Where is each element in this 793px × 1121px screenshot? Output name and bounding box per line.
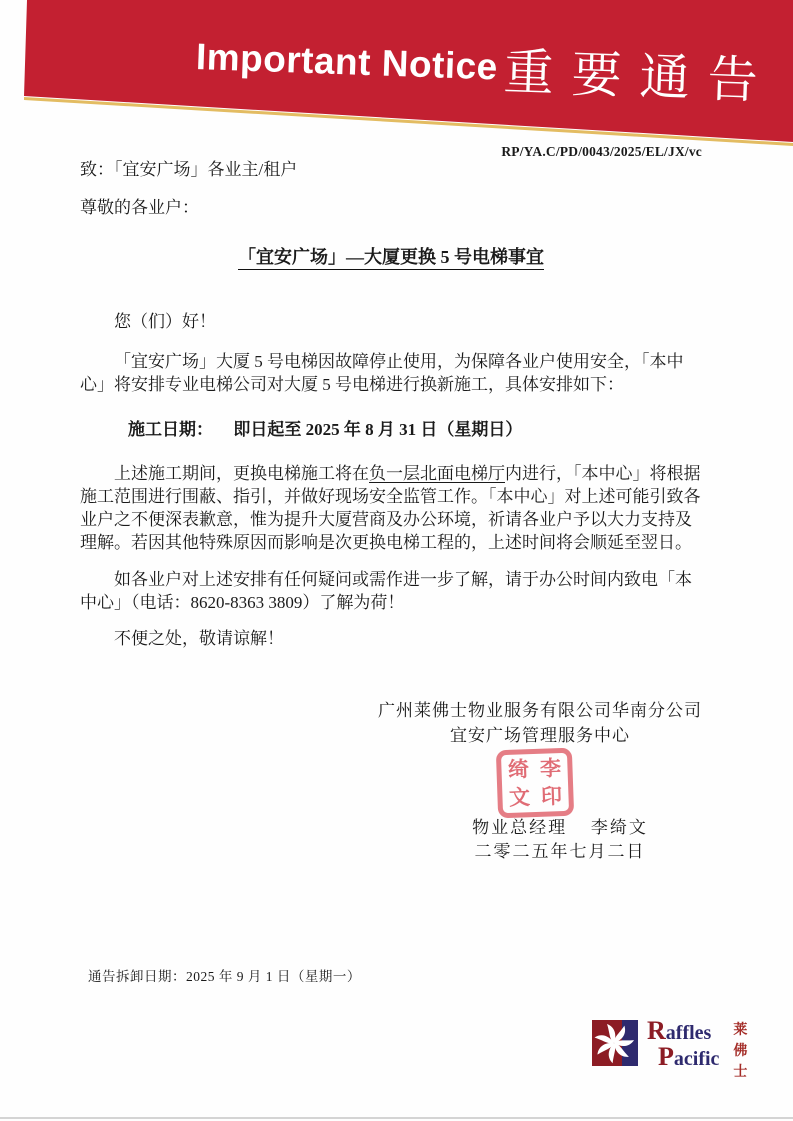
logo-initial-p: P xyxy=(658,1042,674,1071)
subject-title: 「宜安广场」—大厦更换 5 号电梯事宜 xyxy=(80,246,702,269)
schedule-label: 施工日期： xyxy=(128,420,213,439)
closing-line: 不便之处，敬请谅解！ xyxy=(80,627,702,650)
contact-paragraph: 如各业户对上述安排有任何疑问或需作进一步了解，请于办公时间内致电「本中心」（电话… xyxy=(80,568,702,614)
detail-paragraph: 上述施工期间，更换电梯施工将在负一层北面电梯厅内进行，「本中心」将根据施工范围进… xyxy=(80,462,702,554)
company-name-line: 广州莱佛士物业服务有限公司华南分公司 xyxy=(340,698,740,723)
logo-rest-affles: affles xyxy=(666,1022,712,1044)
company-seal-stamp: 绮 李 文 印 xyxy=(496,748,574,819)
company-logo: Raffles Pacific 莱 佛 士 xyxy=(592,1020,747,1083)
salutation-line: 尊敬的各业户： xyxy=(80,196,702,219)
logo-wordmark-line2: Pacific xyxy=(658,1046,719,1072)
signature-company-block: 广州莱佛士物业服务有限公司华南分公司 宜安广场管理服务中心 xyxy=(340,698,740,748)
seal-character: 绮 xyxy=(508,757,530,782)
seal-character: 印 xyxy=(541,784,563,809)
logo-zh-char: 佛 xyxy=(733,1041,747,1062)
signer-line: 物业总经理李绮文 xyxy=(410,816,710,840)
logo-rest-acific: acific xyxy=(674,1048,720,1070)
banner-title-chinese: 重要通告 xyxy=(503,32,777,113)
logo-wordmark: Raffles Pacific xyxy=(647,1020,719,1072)
logo-brand-chinese: 莱 佛 士 xyxy=(733,1020,747,1083)
greeting-line: 您（们）好！ xyxy=(80,310,702,333)
sign-date: 二零二五年七月二日 xyxy=(410,840,710,864)
schedule-line: 施工日期：即日起至 2025 年 8 月 31 日（星期日） xyxy=(80,418,702,441)
construction-location-underlined: 负一层北面电梯厅 xyxy=(369,464,505,483)
schedule-value: 即日起至 2025 年 8 月 31 日（星期日） xyxy=(233,420,522,439)
header-banner: Important Notice 重要通告 xyxy=(0,0,793,160)
seal-character: 李 xyxy=(540,756,562,781)
signer-name: 李绮文 xyxy=(591,818,648,837)
subject-title-text: 「宜安广场」—大厦更换 5 号电梯事宜 xyxy=(238,247,544,270)
logo-initial-r: R xyxy=(647,1016,666,1045)
signer-title: 物业总经理 xyxy=(472,818,567,837)
seal-character: 文 xyxy=(509,785,531,810)
removal-date-note: 通告拆卸日期：2025 年 9 月 1 日（星期一） xyxy=(88,965,361,985)
service-center-line: 宜安广场管理服务中心 xyxy=(340,723,740,748)
logo-zh-char: 士 xyxy=(733,1062,747,1083)
notice-document-page: Important Notice 重要通告 RP/YA.C/PD/0043/20… xyxy=(0,0,793,1121)
banner-title: Important Notice 重要通告 xyxy=(194,0,793,136)
logo-zh-char: 莱 xyxy=(733,1020,747,1041)
signoff-block: 物业总经理李绮文 二零二五年七月二日 xyxy=(410,816,710,864)
recipient-line: 致：「宜安广场」各业主/租户 xyxy=(80,158,702,181)
banner-title-english: Important Notice xyxy=(195,36,498,89)
detail-text-before: 上述施工期间，更换电梯施工将在 xyxy=(114,464,369,483)
scan-edge-line xyxy=(0,1117,793,1119)
logo-mark xyxy=(592,1020,638,1066)
intro-paragraph: 「宜安广场」大厦 5 号电梯因故障停止使用，为保障各业户使用安全，「本中心」将安… xyxy=(80,350,702,396)
